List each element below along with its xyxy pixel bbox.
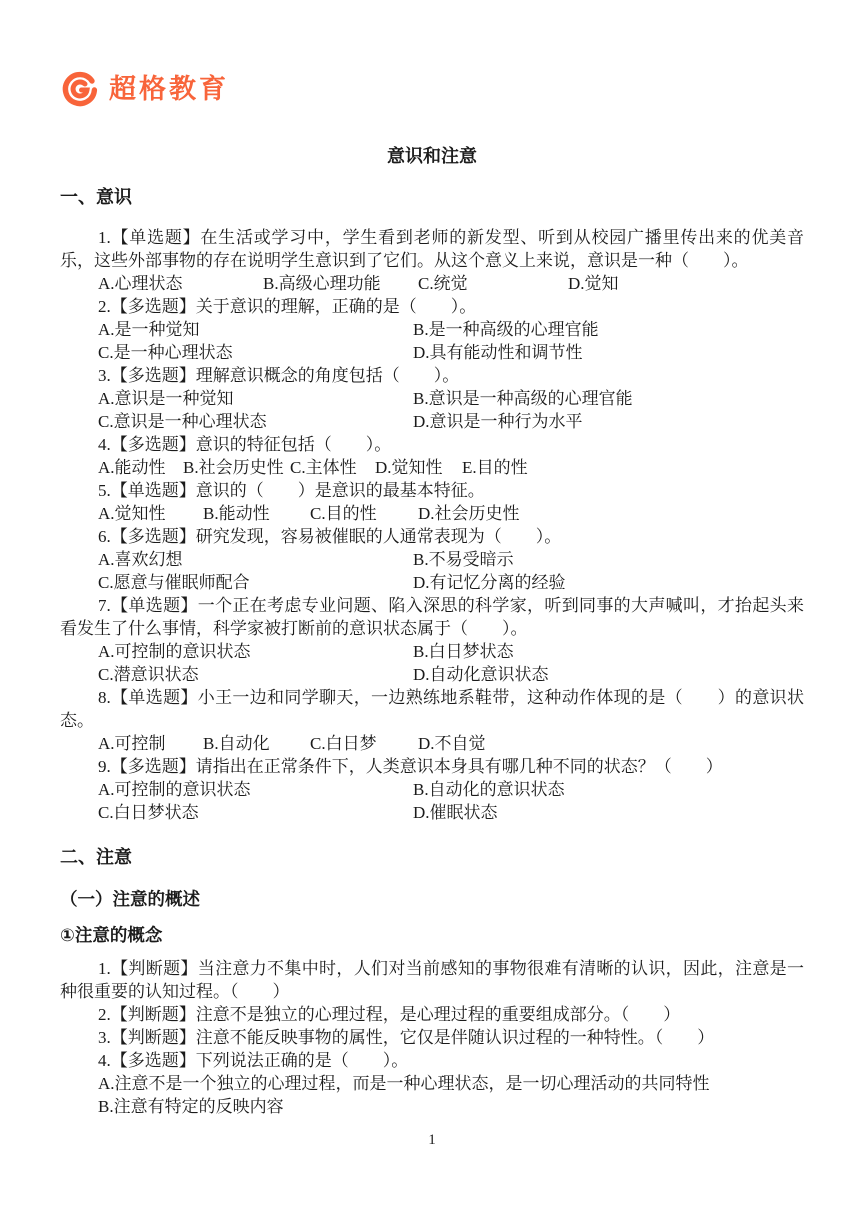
question-9-options-row-1: A.可控制的意识状态 B.自动化的意识状态 bbox=[60, 778, 804, 801]
question-7-options-row-2: C.潜意识状态 D.自动化意识状态 bbox=[60, 663, 804, 686]
page-number: 1 bbox=[60, 1130, 804, 1150]
question-1-option-b: B.高级心理功能 bbox=[263, 272, 381, 295]
question-6-option-b: B.不易受暗示 bbox=[413, 548, 514, 571]
section-2-sub-heading: （一）注意的概述 bbox=[60, 887, 804, 911]
question-2-option-b: B.是一种高级的心理官能 bbox=[413, 318, 599, 341]
judge-question-3: 3.【判断题】注意不能反映事物的属性，它仅是伴随认识过程的一种特性。（ ） bbox=[60, 1026, 804, 1049]
question-7-options-row-1: A.可控制的意识状态 B.白日梦状态 bbox=[60, 640, 804, 663]
question-9-options-row-2: C.白日梦状态 D.催眠状态 bbox=[60, 801, 804, 824]
question-5-option-b: B.能动性 bbox=[203, 502, 270, 525]
question-3-options-row-2: C.意识是一种心理状态 D.意识是一种行为水平 bbox=[60, 410, 804, 433]
question-3-options-row-1: A.意识是一种觉知 B.意识是一种高级的心理官能 bbox=[60, 387, 804, 410]
question-8-option-d: D.不自觉 bbox=[418, 732, 486, 755]
question-6-options-row-2: C.愿意与催眠师配合 D.有记忆分离的经验 bbox=[60, 571, 804, 594]
question-8: 8.【单选题】小王一边和同学聊天，一边熟练地系鞋带，这种动作体现的是（ ）的意识… bbox=[60, 686, 804, 732]
question-2-options-row-2: C.是一种心理状态 D.具有能动性和调节性 bbox=[60, 341, 804, 364]
document-page: 超格教育 意识和注意 一、意识 1.【单选题】在生活或学习中，学生看到老师的新发… bbox=[0, 0, 864, 1150]
question-5-option-c: C.目的性 bbox=[310, 502, 377, 525]
question-2-option-d: D.具有能动性和调节性 bbox=[413, 341, 583, 364]
question-7: 7.【单选题】一个正在考虑专业问题、陷入深思的科学家，听到同事的大声喊叫，才抬起… bbox=[60, 594, 804, 640]
question-4: 4.【多选题】意识的特征包括（ ）。 bbox=[60, 433, 804, 456]
question-1-options-row: A.心理状态 B.高级心理功能 C.统觉 D.觉知 bbox=[60, 272, 804, 295]
question-7-option-d: D.自动化意识状态 bbox=[413, 663, 549, 686]
question-3-option-a: A.意识是一种觉知 bbox=[98, 387, 234, 410]
section-2-point-heading: ①注意的概念 bbox=[60, 923, 804, 947]
question-s2-4-option-b: B.注意有特定的反映内容 bbox=[60, 1095, 804, 1118]
question-s2-4: 4.【多选题】下列说法正确的是（ ）。 bbox=[60, 1049, 804, 1072]
question-4-option-c: C.主体性 bbox=[290, 456, 357, 479]
question-9: 9.【多选题】请指出在正常条件下，人类意识本身具有哪几种不同的状态？（ ） bbox=[60, 755, 804, 778]
brand-logo: 超格教育 bbox=[60, 68, 804, 110]
question-2-option-c: C.是一种心理状态 bbox=[98, 341, 233, 364]
question-7-option-a: A.可控制的意识状态 bbox=[98, 640, 251, 663]
question-1-option-d: D.觉知 bbox=[568, 272, 619, 295]
question-6-option-a: A.喜欢幻想 bbox=[98, 548, 183, 571]
question-6-options-row-1: A.喜欢幻想 B.不易受暗示 bbox=[60, 548, 804, 571]
question-2-options-row-1: A.是一种觉知 B.是一种高级的心理官能 bbox=[60, 318, 804, 341]
question-7-option-c: C.潜意识状态 bbox=[98, 663, 199, 686]
question-5: 5.【单选题】意识的（ ）是意识的最基本特征。 bbox=[60, 479, 804, 502]
question-9-option-d: D.催眠状态 bbox=[413, 801, 498, 824]
question-9-option-c: C.白日梦状态 bbox=[98, 801, 199, 824]
question-8-option-b: B.自动化 bbox=[203, 732, 270, 755]
question-3-option-c: C.意识是一种心理状态 bbox=[98, 410, 267, 433]
question-5-option-d: D.社会历史性 bbox=[418, 502, 520, 525]
question-3-option-d: D.意识是一种行为水平 bbox=[413, 410, 583, 433]
question-5-options-row: A.觉知性 B.能动性 C.目的性 D.社会历史性 bbox=[60, 502, 804, 525]
question-2-option-a: A.是一种觉知 bbox=[98, 318, 200, 341]
question-6: 6.【多选题】研究发现，容易被催眠的人通常表现为（ ）。 bbox=[60, 525, 804, 548]
question-4-options-row: A.能动性 B.社会历史性 C.主体性 D.觉知性 E.目的性 bbox=[60, 456, 804, 479]
question-8-options-row: A.可控制 B.自动化 C.白日梦 D.不自觉 bbox=[60, 732, 804, 755]
question-1-option-c: C.统觉 bbox=[418, 272, 468, 295]
question-4-option-d: D.觉知性 bbox=[375, 456, 443, 479]
question-3-option-b: B.意识是一种高级的心理官能 bbox=[413, 387, 633, 410]
question-1-option-a: A.心理状态 bbox=[98, 272, 183, 295]
section-2-heading: 二、注意 bbox=[60, 845, 804, 869]
question-7-option-b: B.白日梦状态 bbox=[413, 640, 514, 663]
question-8-option-a: A.可控制 bbox=[98, 732, 166, 755]
section-1-heading: 一、意识 bbox=[60, 185, 804, 209]
question-5-option-a: A.觉知性 bbox=[98, 502, 166, 525]
question-8-option-c: C.白日梦 bbox=[310, 732, 377, 755]
judge-question-1: 1.【判断题】当注意力不集中时，人们对当前感知的事物很难有清晰的认识，因此，注意… bbox=[60, 957, 804, 1003]
question-6-option-c: C.愿意与催眠师配合 bbox=[98, 571, 250, 594]
brand-g-icon bbox=[60, 69, 100, 109]
question-4-option-e: E.目的性 bbox=[462, 456, 528, 479]
question-4-option-a: A.能动性 bbox=[98, 456, 166, 479]
question-9-option-a: A.可控制的意识状态 bbox=[98, 778, 251, 801]
question-9-option-b: B.自动化的意识状态 bbox=[413, 778, 565, 801]
question-6-option-d: D.有记忆分离的经验 bbox=[413, 571, 566, 594]
question-2: 2.【多选题】关于意识的理解，正确的是（ ）。 bbox=[60, 295, 804, 318]
question-1: 1.【单选题】在生活或学习中，学生看到老师的新发型、听到从校园广播里传出来的优美… bbox=[60, 226, 804, 272]
document-title: 意识和注意 bbox=[60, 144, 804, 168]
judge-question-2: 2.【判断题】注意不是独立的心理过程，是心理过程的重要组成部分。（ ） bbox=[60, 1003, 804, 1026]
brand-logo-text: 超格教育 bbox=[109, 78, 229, 101]
question-4-option-b: B.社会历史性 bbox=[183, 456, 284, 479]
question-s2-4-option-a: A.注意不是一个独立的心理过程，而是一种心理状态，是一切心理活动的共同特性 bbox=[60, 1072, 804, 1095]
question-3: 3.【多选题】理解意识概念的角度包括（ ）。 bbox=[60, 364, 804, 387]
